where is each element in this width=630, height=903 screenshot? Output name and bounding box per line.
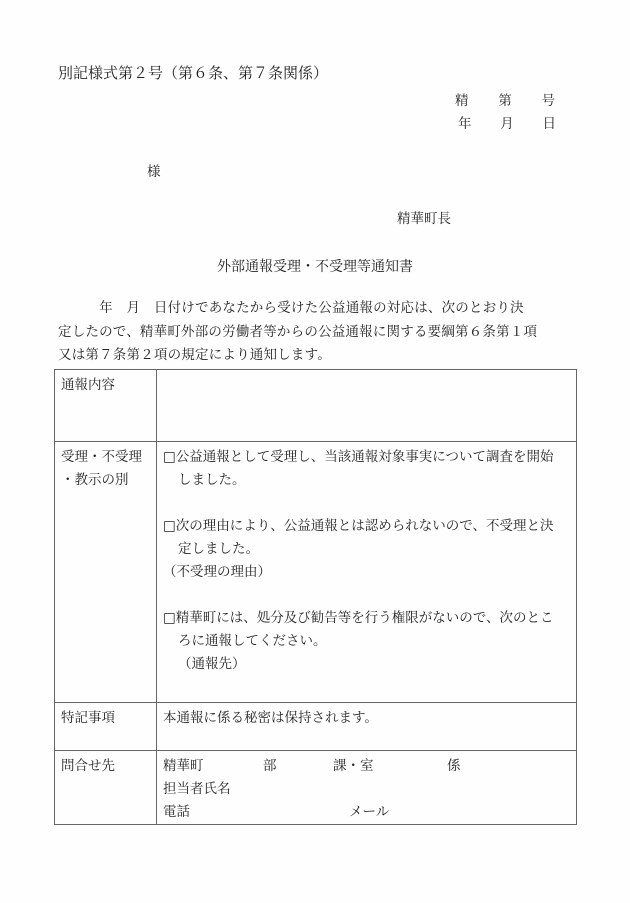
addressee: 様 [147, 160, 161, 180]
contact-town: 精華町 [163, 755, 263, 778]
notice-table: 通報内容 受理・不受理 ・教示の別 □公益通報として受理し、当該通報対象事実につ… [54, 369, 577, 825]
checkbox-refer[interactable]: □ [163, 610, 176, 626]
refer-destination-label: （通報先） [163, 653, 576, 676]
contact-phone: 電話 [163, 801, 349, 824]
value-notes: 本通報に係る秘密は保持されます。 [157, 703, 577, 751]
ref-prefix: 精 [455, 89, 469, 109]
document-title: 外部通報受理・不受理等通知書 [217, 256, 413, 276]
label-notes: 特記事項 [55, 703, 157, 751]
option-reject: □次の理由により、公益通報とは認められないので、不受理と決 定しました。 （不受… [163, 515, 576, 584]
contact-person: 担当者氏名 [163, 778, 576, 801]
contact-dept: 部 [263, 755, 333, 778]
reference-number: 精 第 号 [455, 89, 555, 109]
label-content: 通報内容 [55, 370, 157, 442]
option-refer: □精華町には、処分及び勧告等を行う権限がないので、次のとこ ろに通報してください… [163, 607, 576, 676]
value-decision: □公益通報として受理し、当該通報対象事実について調査を開始 しました。 □次の理… [157, 442, 577, 703]
ref-go: 号 [542, 89, 556, 109]
value-content [157, 370, 577, 442]
reject-reason-label: （不受理の理由） [163, 561, 576, 584]
table-row-contact: 問合せ先 精華町 部 課・室 係 担当者氏名 電話 メール [55, 751, 577, 825]
form-identifier: 別記様式第２号（第６条、第７条関係） [58, 62, 328, 83]
date-day: 日 [543, 112, 557, 132]
label-contact: 問合せ先 [55, 751, 157, 825]
date-year: 年 [458, 112, 472, 132]
contact-unit: 係 [447, 755, 461, 778]
option-accept: □公益通報として受理し、当該通報対象事実について調査を開始 しました。 [163, 446, 576, 492]
ref-dai: 第 [498, 89, 512, 109]
reference-date: 年 月 日 [455, 112, 556, 132]
table-row-content: 通報内容 [55, 370, 577, 442]
label-decision: 受理・不受理 ・教示の別 [55, 442, 157, 703]
body-paragraph: 年 月 日付けであなたから受けた公益通報の対応は、次のとおり決 定したので、精華… [58, 297, 578, 368]
date-month: 月 [500, 112, 514, 132]
body-line: 定したので、精華町外部の労働者等からの公益通報に関する要綱第６条第１項 [58, 321, 578, 345]
table-row-notes: 特記事項 本通報に係る秘密は保持されます。 [55, 703, 577, 751]
checkbox-accept[interactable]: □ [163, 449, 176, 465]
checkbox-reject[interactable]: □ [163, 518, 176, 534]
contact-section: 課・室 [333, 755, 447, 778]
body-line: 又は第７条第２項の規定により通知します。 [58, 344, 578, 368]
sender: 精華町長 [397, 207, 451, 227]
table-row-decision: 受理・不受理 ・教示の別 □公益通報として受理し、当該通報対象事実について調査を… [55, 442, 577, 703]
contact-mail: メール [349, 801, 389, 824]
value-contact: 精華町 部 課・室 係 担当者氏名 電話 メール [157, 751, 577, 825]
body-line: 年 月 日付けであなたから受けた公益通報の対応は、次のとおり決 [58, 297, 578, 321]
